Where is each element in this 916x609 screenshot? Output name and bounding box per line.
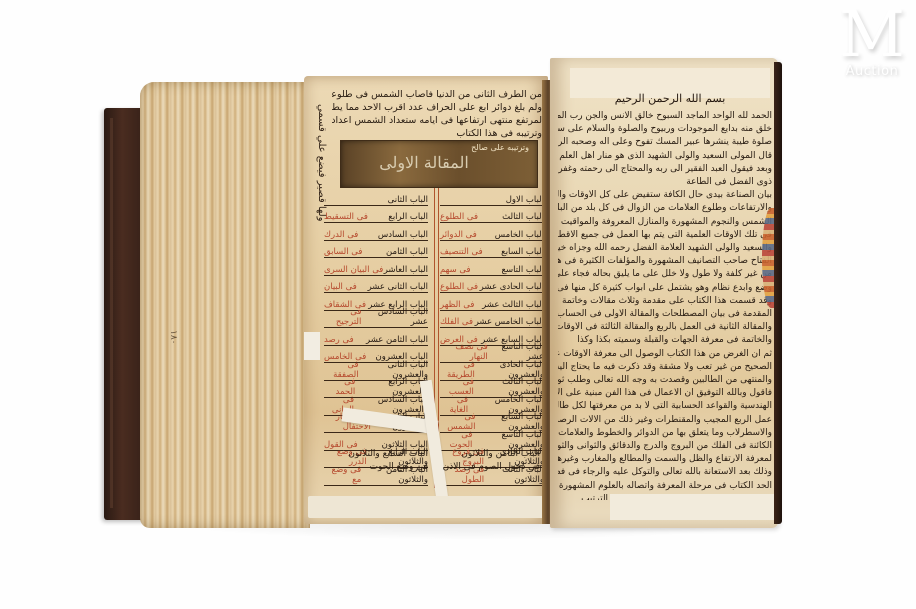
text-line: الحمد لله الواحد الماجد السبوح خالق الان… — [558, 110, 772, 123]
text-line: الباب الثامن والثلاثون — [430, 448, 540, 461]
left-page-header-text: من الطرف الثانى من الدنيا فاصاب الشمس فى… — [332, 88, 542, 142]
headpiece-title: المقالة الاولى — [379, 149, 469, 177]
toc-row: الباب الرابعفى التسقيط — [324, 206, 428, 224]
chapter-subject: فى الدوائر — [440, 230, 477, 240]
text-line: ثم ان الغرض من هذا الكتاب الوصول الى معر… — [558, 348, 772, 361]
chapter-label: الباب الثانى عشر — [368, 282, 428, 292]
chapter-label: الباب العاشر — [384, 265, 428, 275]
chapter-label: الباب السادس — [378, 230, 428, 240]
chapter-label: الباب الثالث — [502, 212, 544, 222]
chapter-subject: فى رصد — [324, 335, 354, 345]
basmala: بسم الله الرحمن الرحيم — [590, 92, 750, 105]
illuminated-headpiece: وترتيبه على صالح المقالة الاولى — [340, 140, 538, 188]
toc-row: الباب الخامسفى الدوائر — [440, 223, 544, 241]
text-line: من غير كلفة ولا طول ولا خلل على ما يليق … — [558, 268, 772, 281]
photo-scene: ١٨٠ ولها قصير فيضع علي قسمي من الطرف الث… — [0, 0, 916, 609]
text-line: والمقالة الثانية فى العمل بالربع والمقال… — [558, 321, 772, 334]
text-line: فى تلك الاوقات العلمية التى يتم بها العم… — [558, 229, 772, 242]
text-line: عمل الربع المجيب والمقنطرات وغير ذلك من … — [558, 414, 772, 427]
text-line: وذلك بعد الاستعانة بالله تعالى والتوكل ع… — [558, 466, 772, 479]
text-line: والخاتمة فى معرفة الجهات والقبلة وسميته … — [558, 334, 772, 347]
text-line: خلق منه بدايع الموجودات وربيوح والصلوة و… — [558, 123, 772, 136]
chapter-subject: فى البيان السرى — [324, 265, 383, 275]
toc-row: الباب السادس عشرفى الترجيح — [324, 311, 428, 329]
chapter-subject: فى الدرك — [324, 230, 358, 240]
text-line: فى دخول الصوم فى الاذن — [430, 461, 540, 474]
chapter-label: الباب الثالث عشر — [482, 300, 544, 310]
toc-row: الباب الاول — [440, 188, 544, 206]
toc-row: الباب السابعفى التنصيف — [440, 241, 544, 259]
header-line: وترتيبه فى هذا الكتاب — [332, 127, 542, 140]
paper-repair-strip — [610, 494, 774, 520]
toc-column-right: الباب الاولالباب الثالثفى الطلوعالباب ال… — [440, 188, 544, 486]
text-line: الكائنة فى الفلك من البروج والدرج والدقا… — [558, 440, 772, 453]
header-line: ولم بلغ دوائر ابع على الحراف عدد اقرب ال… — [332, 101, 542, 114]
left-page-bottom-text: الباب السابع والثلاثون فى وضع الحوت البا… — [328, 448, 540, 474]
text-line: بيان الصناعة بيدى حال الكافة ستفيض على ك… — [558, 189, 772, 202]
chapter-label: الباب الحادى عشر — [480, 282, 544, 292]
chapter-subject: فى الطلوع — [440, 212, 478, 222]
paper-repair — [304, 332, 320, 360]
chapter-label: الباب الثامن عشر — [366, 335, 428, 345]
text-line: ذوى الفضل فى الطاعة — [558, 176, 772, 189]
chapter-label: الباب الخامس — [495, 230, 544, 240]
chapter-subject: فى الفلك — [440, 317, 473, 327]
text-line: الشمس والنجوم المشهورة والمنازل المعروفة… — [558, 216, 772, 229]
text-line: وقد قسمت هذا الكتاب على مقدمة وثلاث مقال… — [558, 295, 772, 308]
text-line: والارتفاعات وطلوع العلامات من الزوال فى … — [558, 202, 772, 215]
text-line: الفتاح صاحب التصانيف المشهورة والمؤلفات … — [558, 255, 772, 268]
chapter-label: الباب التاسع — [501, 265, 544, 275]
paper-repair-strip — [308, 496, 544, 518]
logo-letter: M — [832, 2, 912, 68]
toc-row: الباب الحادى عشرفى الطلوع — [440, 276, 544, 294]
auction-house-logo: M Auction — [832, 2, 912, 82]
left-page: ولها قصير فيضع علي قسمي من الطرف الثانى … — [304, 76, 548, 524]
chapter-subject: فى السابق — [324, 247, 362, 257]
chapter-label: الباب السادس عشر — [361, 307, 428, 327]
chapter-subject: فى سهم — [440, 265, 471, 275]
text-line: والسعيد والولى الشهيد العلامة الفضل رحمه… — [558, 242, 772, 255]
text-line: لمعرفة الارتفاع والظل والسمت والمطالع وا… — [558, 453, 772, 466]
text-line: قال المولى السعيد والولى الشهيد الذى هو … — [558, 150, 772, 163]
right-page-body-text: الحمد لله الواحد الماجد السبوح خالق الان… — [558, 110, 772, 500]
text-line: فى وضع الحوت — [328, 461, 428, 474]
text-line: وضع وابدع نظام وهو يشتمل على ابواب كثيرة… — [558, 282, 772, 295]
chapter-label: الباب الخامس عشر — [475, 317, 544, 327]
text-line: والاسطرلاب وما يتعلق بها من الدوائر والخ… — [558, 427, 772, 440]
chapter-subject: فى الطلوع — [440, 282, 478, 292]
chapter-subject: فى الترجيح — [324, 307, 361, 327]
toc-row: الباب الثالث عشرفى الظهر — [440, 293, 544, 311]
chapter-label: الباب السابع — [501, 247, 544, 257]
text-line: والمنتهى من الطالبين وقصدت به وجه الله ت… — [558, 374, 772, 387]
toc-column-left: الباب الثانىالباب الرابعفى التسقيطالباب … — [324, 188, 428, 486]
page-block-edges — [140, 82, 310, 528]
toc-row: الباب التاسعفى سهم — [440, 258, 544, 276]
edge-inscription: ١٨٠ — [164, 330, 178, 450]
text-line: وبعد فيقول العبد الفقير الى ربه والمحتاج… — [558, 163, 772, 176]
toc-row: الباب الثامنفى السابق — [324, 241, 428, 259]
text-line: صلوة طيبة ينشرها عبير المسك تفوح وعلى ال… — [558, 136, 772, 149]
header-line: لمرتفع منتهى ارتفاعها فى ايامه ستعداد ال… — [332, 114, 542, 127]
toc-row: الباب الخامس عشرفى الفلك — [440, 311, 544, 329]
text-line: المقدمة فى بيان المصطلحات والمقالة الاول… — [558, 308, 772, 321]
chapter-label: الباب الثانى — [388, 195, 428, 205]
chapter-subject: فى البيان — [324, 282, 357, 292]
header-line: من الطرف الثانى من الدنيا فاصاب الشمس فى… — [332, 88, 542, 101]
text-line: الباب السابع والثلاثون — [328, 448, 428, 461]
text-line: الهندسية والقواعد الحسابية التى لا بد من… — [558, 400, 772, 413]
toc-row: الباب السادسفى الدرك — [324, 223, 428, 241]
toc-row: الباب الثانى — [324, 188, 428, 206]
headpiece-caption: وترتيبه على صالح — [471, 143, 529, 152]
chapter-subject: فى التنصيف — [440, 247, 483, 257]
chapter-subject: فى التسقيط — [324, 212, 368, 222]
toc-row: الباب العاشرفى البيان السرى — [324, 258, 428, 276]
chapter-label: الباب الرابع — [388, 212, 428, 222]
text-line: الصحيح من غير تعب ولا مشقة وقد ذكرت فيه … — [558, 361, 772, 374]
right-page: بسم الله الرحمن الرحيم الحمد لله الواحد … — [550, 58, 778, 528]
chapter-label: الباب الاول — [506, 195, 544, 205]
back-cover-edge — [774, 62, 782, 524]
chapter-label: الباب الثامن — [386, 247, 428, 257]
toc-row: الباب الثالثفى الطلوع — [440, 206, 544, 224]
toc-row: الباب الثامن عشرفى رصد — [324, 328, 428, 346]
chapter-subject: فى الظهر — [440, 300, 474, 310]
toc-row: الباب الثانى عشرفى البيان — [324, 276, 428, 294]
text-line: فاقول وبالله التوفيق ان الاعمال فى هذا ا… — [558, 387, 772, 400]
text-line: الحد الكتاب فى مرحلة المعرفة واتصاله بال… — [558, 480, 772, 493]
